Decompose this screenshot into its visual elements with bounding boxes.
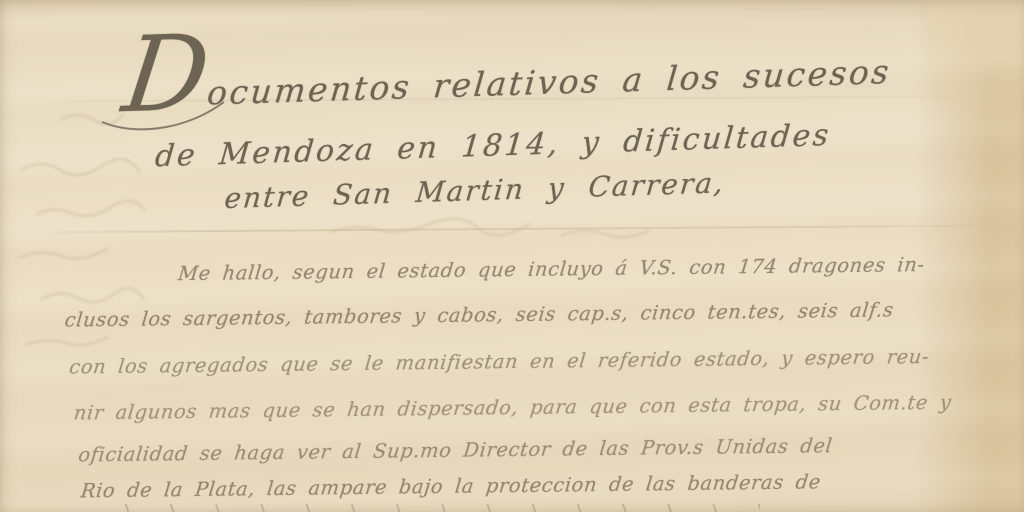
paper-crease: [0, 224, 1024, 233]
body-line: nir algunos mas que se han dispersado, p…: [73, 391, 953, 425]
ornate-initial-letter: D: [119, 25, 214, 124]
body-line: oficialidad se haga ver al Sup.mo Direct…: [77, 434, 833, 466]
page-edge-shadow: [914, 0, 1024, 512]
manuscript-page: D ocumentos relativos a los sucesos de M…: [0, 0, 1024, 512]
clipped-line-fragment: [110, 504, 760, 512]
body-line: clusos los sargentos, tambores y cabos, …: [64, 298, 895, 331]
title-line-3: entre San Martin y Carrera,: [223, 161, 899, 215]
body-line: con los agregados que se le manifiestan …: [68, 345, 930, 379]
title-line-1: D ocumentos relativos a los sucesos: [123, 4, 895, 136]
body-line: Me hallo, segun el estado que incluyo á …: [177, 253, 926, 285]
letter-body: Me hallo, segun el estado que incluyo á …: [62, 244, 972, 255]
document-title: D ocumentos relativos a los sucesos de M…: [123, 4, 898, 218]
title-line-1-text: ocumentos relativos a los sucesos: [204, 4, 898, 113]
body-line: Rio de la Plata, las ampare bajo la prot…: [80, 470, 823, 502]
page-edge-top-light: [929, 0, 1024, 120]
